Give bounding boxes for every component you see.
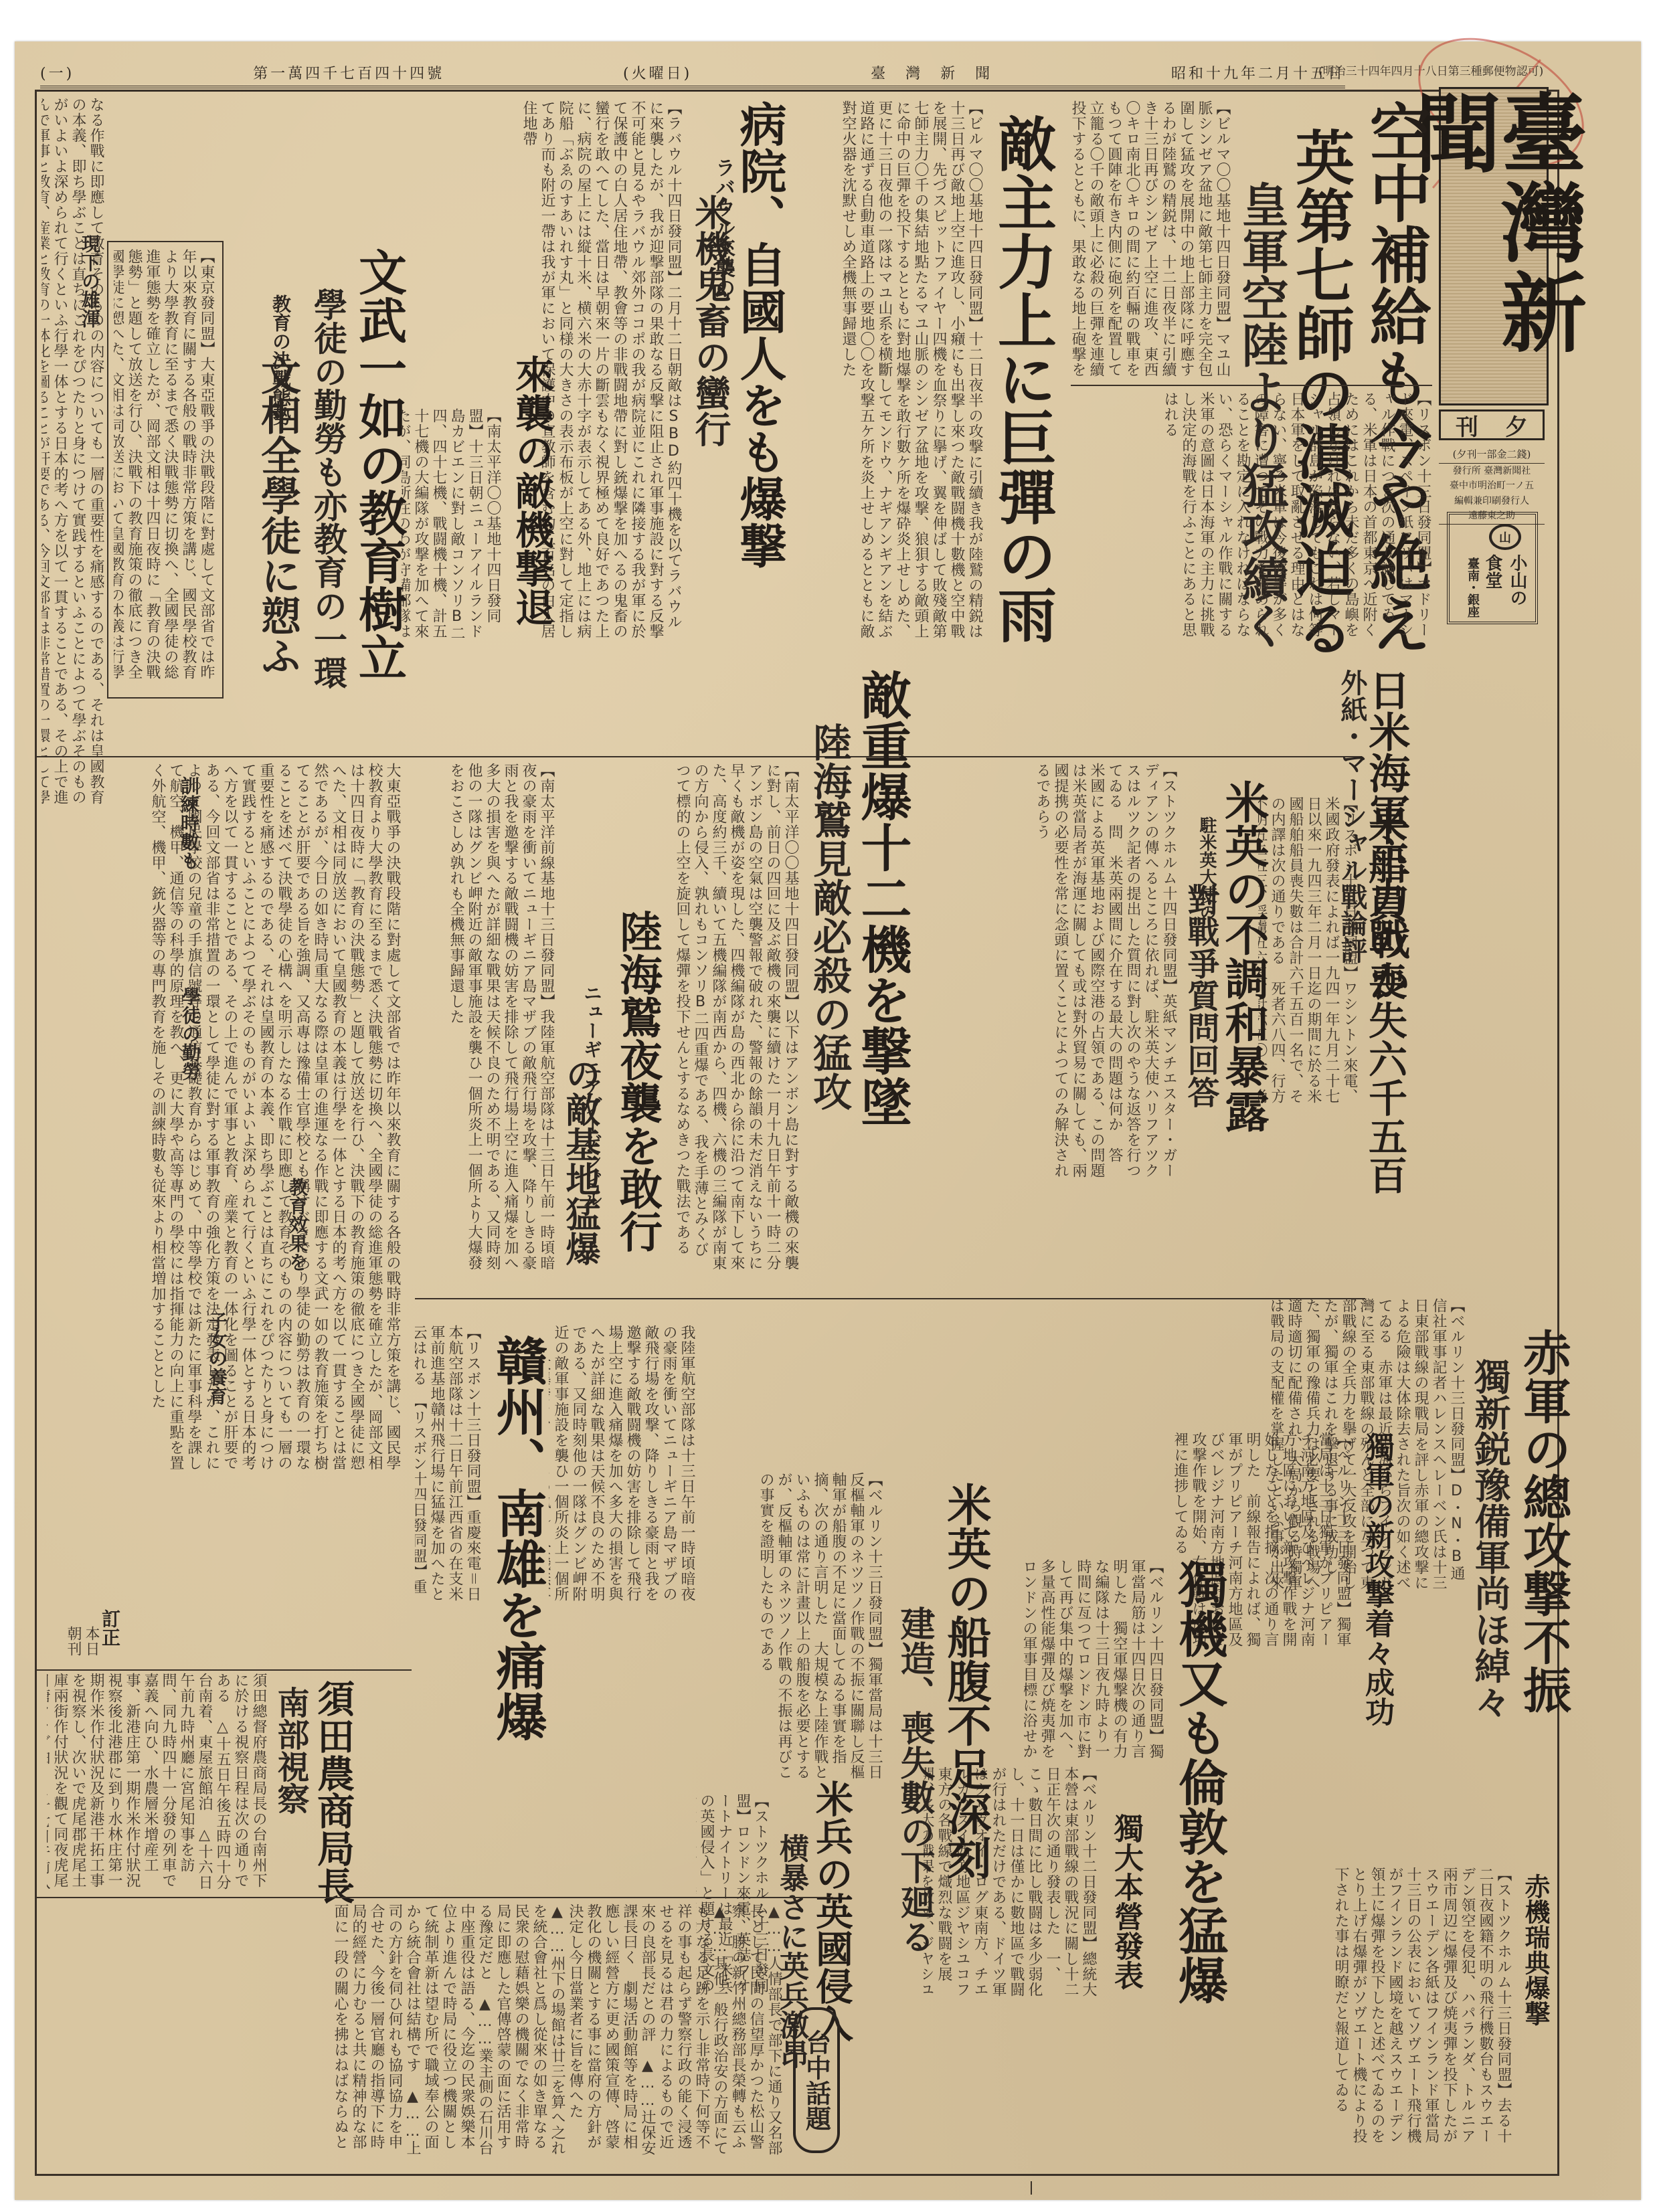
article-body-enemy-main-force: 【ビルマ〇〇基地十四日發同盟】十二日夜半の攻撃に引續き我が陸鷲の精鋭は十三日再び… [803, 100, 984, 642]
article-body-burma-supply: 【ビルマ〇〇基地十四日發同盟】マユ山脈シンゼア盆地に敵第七師主力を完全包圍して猛… [1071, 100, 1231, 381]
body-text: 十二日夜半の攻撃に引續き我が陸鷲の精鋭は十三日再び敵地上空に進攻し、小癪にも出撃… [840, 100, 983, 639]
subhead-construction-losses: 建造、喪失數の下廻る [897, 1606, 932, 1954]
article-body-education-column: なる作戰に即應して教育そのものの内容についても一層の重要性を痛感するのである、そ… [41, 97, 105, 806]
restaurant-logo-icon: 山 [1489, 524, 1521, 550]
headline-heavy-bombers-downed: 敵重爆十二機を撃墜 [857, 669, 907, 1127]
dateline: 【リスボン十三日發同盟】 [1415, 391, 1431, 576]
edition-right: 夕 [1505, 409, 1528, 442]
masthead-line: 昭和十九年二月十五日 臺 灣 新 聞 (火曜日) 第一萬四千七百四十四號 (一) [40, 59, 1345, 88]
headline-us-soldiers-uk: 米兵の英國侵入 [813, 1780, 851, 2042]
article-body-ganzhou: 【リスボン十三日發同盟】重慶來電＝日本航空部隊は十二日午前江西省の在支米軍前進基… [415, 1325, 482, 1606]
body-text: 英紙マンチエスター・ガーディアンの傳へるところに依れば、駐米英大使ハリフアツクス… [1034, 763, 1177, 1178]
dateline: 【リスボン十三日發同盟】 [464, 1325, 481, 1509]
edition-left: 刊 [1456, 409, 1478, 442]
page-tick [1031, 2181, 1032, 2195]
dateline: 【ベルリン十三日發同盟】 [1334, 1432, 1351, 1617]
publisher-address: 臺中市明治町一ノ五 [1439, 478, 1545, 493]
article-body-shipping: 【ベルリン十三日發同盟】獨軍當局は十三日反樞軸軍のネツツノ作戰の不振に關聯し反樞… [736, 1472, 883, 1793]
masthead-page-number: (一) [40, 62, 74, 83]
band-rule [37, 1897, 833, 1898]
editor-role: 編輯兼印刷發行人 [1439, 494, 1545, 509]
subhead-army-navy-eagles: 陸海鷲見敵必殺の猛攻 [810, 723, 849, 1111]
correction-label: 訂正 [100, 1609, 119, 1647]
subhead-german-reserves: 獨新鋭豫備軍尚ほ綽々 [1472, 1358, 1508, 1720]
dateline: 【ビルマ〇〇基地十四日發同盟】 [966, 100, 983, 331]
article-body-ship-crew: 【リスボン十三日發同盟】ワシントン來電、米國政府發表によれば一九四一年九月二十七… [1258, 796, 1359, 1104]
headline-red-army-offensive: 赤軍の總攻撃不振 [1519, 1328, 1567, 1714]
headline-us-uk-discord: 米英の不調和暴露 [1221, 779, 1266, 1133]
taichu-topics-badge: 台中話題 [793, 2007, 840, 2153]
article-body-ganzhou-left: 我陸軍航空部隊は十三日午前一時頃暗夜の豪雨を衝いてニューギニア島マザブの敵飛行場… [549, 1325, 696, 1606]
masthead-paper-name: 臺 灣 新 聞 [871, 62, 992, 83]
headline-night-raid: 陸海鷲夜襲を敢行 [616, 910, 659, 1253]
headline-german-hq: 獨大本營發表 [1111, 1813, 1140, 1990]
headline-rabaul-hospital: 病院、自國人をも爆撃 [736, 100, 783, 569]
article-body-suda: 須田總督府農商局長の台南州下に於ける視察日程は次の通りである △十五日午後五時四… [47, 1673, 268, 1894]
dateline: 【ラバウル十四日發同盟】 [665, 100, 682, 285]
article-body-heavy-bombers: 【南太平洋〇〇基地十四日發同盟】以下はアンボン島に對する敵機の來襲に對し、前日の… [669, 763, 800, 1271]
dateline: 【東京發同盟】 [198, 249, 215, 357]
headline-german-new-offensive: 獨軍の新攻撃着々成功 [1362, 1432, 1391, 1726]
article-body-night-raid: 【南太平洋前線基地十三日發同盟】我陸軍航空部隊は十三日午前一時頃暗夜の豪雨を衝い… [415, 763, 555, 1285]
body-text: なる作戰に即應して教育そのものの内容についても一層の重要性を痛感するのである、そ… [149, 763, 292, 1471]
body-text: マユ山脈シンゼア盆地に敵第七師主力を完全包圍して猛攻を展開中の地上部隊に呼應する… [1071, 100, 1231, 377]
dateline: 【ベルリン十二日發同盟】 [1080, 1766, 1097, 1951]
headline-ship-crew-loss: 米船員の喪失六千五百 [1365, 806, 1404, 1194]
dateline: 【ストツクホルム十四日發同盟】 [1160, 763, 1177, 994]
article-body-sweden: 【ストツクホルム十三日發同盟】去る十二日夜國籍不明の飛行機數台もスウエーデン領空… [1258, 1867, 1512, 2148]
headline-suda-director: 須田農商局長 [315, 1679, 352, 1904]
subhead-minister-appeals: 文相全學徒に愬ふ [258, 355, 298, 676]
correction-body: 本日朝刊一面「殊勳甲二階級進級の恩命、村田少佐ら十二勇士」とあるを十勇士と訂正致… [67, 1626, 100, 1666]
taichu-topics-label: 台中話題 [798, 2029, 835, 2131]
nameplate: 臺灣新聞 [1439, 87, 1549, 405]
advert-name: 小山の食堂 [1480, 554, 1530, 622]
subhead-southern-inspection: 南部視察 [274, 1686, 307, 1815]
headline-enemy-main-force: 敵主力上に巨彈の雨 [994, 114, 1053, 644]
article-body-london-bombing: 【ベルリン十四日發同盟】獨軍當局筋は十四日次の通り言明した 獨空軍爆撃機の有力な… [1024, 1559, 1164, 1760]
article-body-education-continued: 大東亞戰爭の決戰段階に對處して文部省では昨年以來教育に關する各般の戰時非常方策を… [67, 763, 402, 1472]
column-rule [1071, 385, 1432, 386]
body-text: 須田總督府農商局長の台南州下に於ける視察日程は次の通りである △十五日午後五時四… [47, 1673, 267, 1890]
price-label: (夕刊一部金二錢) [1439, 447, 1545, 461]
dateline: 【南太平洋〇〇基地十四日發同盟】 [782, 763, 799, 1009]
body-text: 以下はアンボン島に對する敵機の來襲に對し、前日の四回に及ぶ敵機の來襲に續けた一月… [674, 763, 799, 1271]
body-text: 獨軍當局筋は十四日次の通り言明した 獨空軍爆撃機の有力な編隊は十三日夜九時より一… [1024, 1559, 1164, 1759]
masthead-weekday: (火曜日) [623, 62, 692, 83]
body-text: なる作戰に即應して教育そのものの内容についても一層の重要性を痛感するのである、そ… [41, 97, 104, 805]
body-text: 十三日朝ニューアイルランド島カビエンに對し敵コンソリB二四、四十七機、戰闘機十機… [402, 408, 483, 641]
subhead-war-qa: 對戰爭質問回答 [1185, 883, 1217, 1108]
headline-education: 文武一如の教育樹立 [355, 248, 403, 681]
article-body-education: 【東京發同盟】大東亞戰爭の決戰段階に對處して文部省では昨年以來教育に關する各般の… [114, 249, 215, 690]
nameplate-title: 臺灣新聞 [1408, 89, 1579, 403]
advertisement-box: 山 小山の食堂 臺南・銀座 [1447, 512, 1538, 624]
dateline: 【ベルリン十四日發同盟】 [1147, 1559, 1164, 1744]
publisher-office: 發行所 臺灣新聞社 [1439, 464, 1545, 478]
dateline: 【ベルリン十三日發同盟】 [1448, 1298, 1465, 1483]
dateline: 【ビルマ〇〇基地十四日發同盟】 [1214, 100, 1231, 331]
advert-location: 臺南・銀座 [1464, 557, 1481, 622]
body-text: マドリード來電、スペイン紙アリバはマーシャル作戰につき次の通り論じてゐる、米軍は… [1162, 391, 1431, 638]
body-text: 去る十二日夜國籍不明の飛行機數台もスウエーデン領空を侵犯、ハパランダ、トルニア兩… [1332, 1867, 1512, 2144]
band-rule [415, 1298, 1365, 1299]
article-body-raid-repelled: 【南太平洋〇〇基地十四日發同盟】十三日朝ニューアイルランド島カビエンに對し敵コン… [402, 408, 502, 642]
article-body-taichu-topics: ▲……人情部長で部下に通り又名部長として民間の信望厚かつた松山警察、勝の新竹州總… [47, 1904, 783, 2158]
band-rule [37, 1669, 412, 1671]
headline-london-bombing: 獨機又も倫敦を猛爆 [1174, 1559, 1224, 2005]
body-text: 獨軍當局は十三日反樞軸軍のネツツノ作戰の不振に關聯し反樞軸軍が船腹の不足に當面し… [758, 1472, 883, 1780]
article-body-us-uk-discord: 【ストツクホルム十四日發同盟】英紙マンチエスター・ガーディアンの傳へるところに依… [937, 763, 1178, 1184]
headline-raid-repelled: 來襲の敵機撃退 [512, 355, 551, 626]
subhead-student-labor: 學徒の勤勞も亦教育の一環 [311, 288, 345, 689]
dateline: 【リスボン十三日發同盟】 [1341, 796, 1358, 981]
evening-edition-label: 刊 夕 [1439, 409, 1545, 440]
subhead-enemy-bases: の敵基地猛爆 [562, 1057, 597, 1266]
dateline: 【ベルリン十三日發同盟】 [866, 1472, 883, 1657]
dateline: 【南太平洋前線基地十三日發同盟】 [538, 763, 555, 1009]
headline-shipping-shortage: 米英の船腹不足深刻 [944, 1482, 988, 1879]
headline-sweden-bombed: 赤機瑞典爆撃 [1522, 1873, 1548, 2026]
masthead-issue-number: 第一萬四千七百四十四號 [253, 62, 444, 83]
body-text: 大東亞戰爭の決戰段階に對處して文部省では昨年以來教育に關する各般の戰時非常方策を… [276, 763, 401, 1471]
body-text: ▲……人情部長で部下に通り又名部長として民間の信望厚かつた松山警察、勝の新竹州總… [332, 1904, 782, 2158]
headline-ganzhou-bombing: 贛州、南雄を痛爆 [492, 1335, 543, 1742]
article-body-marshall-top: 【リスボン十三日發同盟】マドリード來電、スペイン紙アリバはマーシャル作戰につき次… [1071, 391, 1432, 646]
dateline: 【ストツクホルム十三日發同盟】 [1495, 1867, 1512, 2098]
body-text: 我陸軍航空部隊は十三日午前一時頃暗夜の豪雨を衝いてニューギニア島マザブの敵飛行場… [549, 1325, 695, 1602]
band-rule [37, 756, 1362, 757]
subhead-rabaul-atrocity: 米機鬼畜の蠻行 [693, 194, 729, 447]
